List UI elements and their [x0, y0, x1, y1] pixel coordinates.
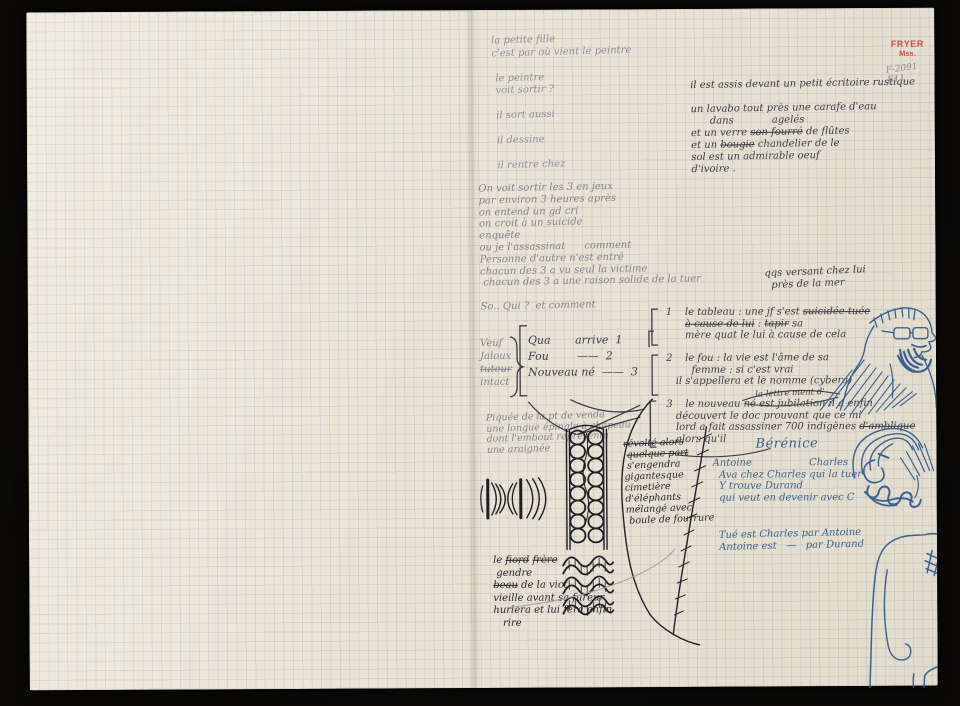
note-hatpin: Piquée de la pt de vendaune longue éping…	[486, 409, 632, 456]
berenice-heading: Bérénice	[755, 438, 818, 450]
library-stamp: FRYER Mss.	[881, 39, 933, 58]
potbelly-man-sketch	[869, 533, 938, 690]
note-annotation-mer: qqs versant chez lui près de la mer	[764, 264, 866, 292]
note-pairs: Tué est Charles par AntoineAntoine est —…	[719, 527, 864, 553]
roles-suspect-list: Qua arrive 1Fou —— 2Nouveau né —— 3	[528, 332, 638, 381]
note-berenice: Antoine Charles Ava chez Charles qui la …	[713, 457, 863, 504]
stamp-line2: Mss.	[881, 49, 933, 58]
note-petite-fille: la petite fillec'est par où vient le pei…	[491, 32, 634, 173]
note-numbered-suspects: 1 le tableau : une jf s'est suicidée tué…	[666, 306, 916, 445]
pencil-shelfmark: F-2091 E11	[885, 62, 919, 86]
fan-doodle	[481, 478, 546, 520]
stamp-line1: FRYER	[881, 39, 933, 49]
note-gendre: le fiord frère gendrebeau de la victviei…	[493, 554, 612, 630]
notebook-double-page: la petite fillec'est par où vient le pei…	[26, 8, 938, 691]
note-blob-words: révolté alors quelque part s'engendragig…	[623, 435, 715, 526]
roles-labels: VeufJalouxtuteurintact	[480, 337, 512, 389]
note-desk-scene: il est assis devant un petit écritoire r…	[690, 77, 916, 177]
note-investigation: On voit sortir les 3 en jeuxpar environ …	[478, 179, 701, 313]
scan-backdrop: la petite fillec'est par où vient le pei…	[0, 0, 960, 706]
